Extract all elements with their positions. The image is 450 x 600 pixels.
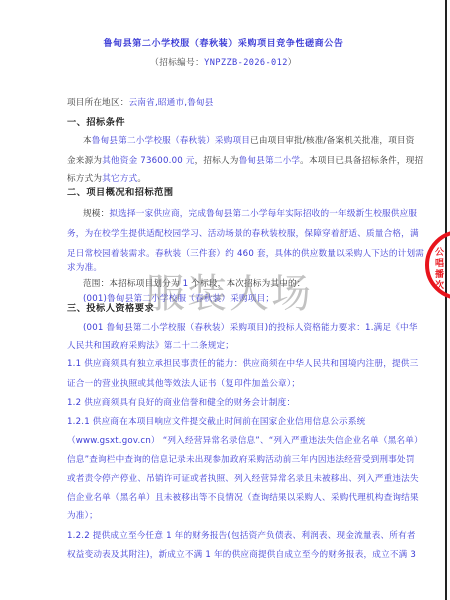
paragraph-line: 规模：拟选择一家供应商，完成鲁甸县第二小学每年实际招收的一年级新生校服供应服 — [83, 208, 417, 220]
highlighted-text: 务，为在校学生提供适配校园学习、活动场景的春秋装校服，保障穿着舒适、质量合格，满 — [67, 229, 419, 239]
paragraph-line: 为准）； — [67, 510, 98, 522]
paragraph-line: 信企业名单（黑名单）且未被移出等不良情况（查询结果以采购人、采购代理机构查询结果 — [67, 492, 419, 504]
paragraph-line: 本鲁甸县第二小学校服（春秋装）采购项目已由项目审批/核准/备案机关批准，项目资 — [83, 135, 415, 147]
highlighted-text: 1.1 供应商须具有独立承担民事责任的能力：供应商须在中华人民共和国境内注册，提… — [67, 359, 418, 369]
official-seal-stamp: 公唱播次 — [425, 230, 450, 300]
paragraph-line: 或者责令停产停业、吊销许可证或者执照、列入经营异常名录且未被移出、列入严重违法失 — [67, 473, 419, 485]
highlighted-text: 人民共和国政府采购法》第二十二条规定； — [67, 341, 234, 351]
paragraph-line: 求为准。 — [67, 262, 102, 274]
watermark: 服装人场 — [145, 272, 313, 316]
project-location: 项目所在地区：云南省,昭通市,鲁甸县 — [67, 97, 214, 109]
location-label: 项目所在地区： — [67, 98, 129, 108]
location-value: 云南省,昭通市,鲁甸县 — [129, 98, 214, 108]
highlighted-text: 其它方式 — [102, 174, 137, 184]
paragraph-line: 人民共和国政府采购法》第二十二条规定； — [67, 340, 234, 352]
paragraph-line: 1.1 供应商须具有独立承担民事责任的能力：供应商须在中华人民共和国境内注册，提… — [67, 358, 418, 370]
paragraph-line: （www.gsxt.gov.cn） “列入经营异常名录信息”、“列入严重违法失信… — [67, 435, 423, 447]
highlighted-text: 证合一的营业执照或其他等效法人证书（复印件加盖公章）； — [67, 379, 300, 389]
body-text: 本 — [83, 136, 92, 146]
highlighted-text: 鲁甸县第二小学校服（春秋装）采购项目 — [92, 136, 250, 146]
highlighted-text: 或者责令停产停业、吊销许可证或者执照、列入经营异常名录且未被移出、列入严重违法失 — [67, 474, 419, 484]
highlighted-text: 1.2.2 提供成立至今任意 1 年的财务报告(包括资产负债表、利润表、现金流量… — [67, 531, 416, 541]
tender-code: YNPZZB-2026-012 — [204, 58, 288, 68]
body-text: 。 — [137, 174, 146, 184]
paragraph-line: 1.2 供应商须具有良好的商业信誉和健全的财务会计制度： — [67, 397, 295, 409]
highlighted-text: 为准）； — [67, 511, 98, 521]
paragraph-line: 权益变动表及其附注)，新成立不满 1 年的供应商提供自成立至今的财务报表，成立不… — [67, 549, 416, 561]
highlighted-text: 权益变动表及其附注)，新成立不满 1 年的供应商提供自成立至今的财务报表，成立不… — [67, 550, 416, 560]
highlighted-text: 足日常校园着装需求。春秋装（三件套）约 460 套，具体的供应数量以采购人下达的… — [67, 249, 424, 259]
section-heading-2: 二、项目概况和招标范围 — [67, 187, 174, 199]
body-text: 标方式为 — [67, 174, 102, 184]
highlighted-text: （www.gsxt.gov.cn） “列入经营异常名录信息”、“列入严重违法失信… — [67, 436, 423, 446]
body-text: 规模： — [83, 209, 109, 219]
section-heading-1: 一、招标条件 — [67, 117, 125, 129]
highlighted-text: 信息”查询栏中查询的信息记录未出现参加政府采购活动前三年内因违法经营受到刑事处罚 — [67, 455, 415, 465]
paragraph-line: 1.2.1 供应商在本项目响应文件提交截止时间前在国家企业信用信息公示系统 — [67, 416, 365, 428]
body-text: 。本项目已具备招标条件，现招 — [300, 156, 423, 166]
highlighted-text: 其他资金 73600.00 元 — [102, 156, 194, 166]
paragraph-line: 1.2.2 提供成立至今任意 1 年的财务报告(包括资产负债表、利润表、现金流量… — [67, 530, 416, 542]
body-text: 金来源为 — [67, 156, 102, 166]
document-title: 鲁甸县第二小学校服（春秋装）采购项目竞争性磋商公告 — [0, 38, 447, 50]
paragraph-line: (001 鲁甸县第二小学校服（春秋装）采购项目)的投标人资格能力要求：1.满足《… — [83, 322, 418, 334]
paragraph-line: 信息”查询栏中查询的信息记录未出现参加政府采购活动前三年内因违法经营受到刑事处罚 — [67, 454, 415, 466]
stamp-text: 公唱播次 — [435, 248, 449, 292]
highlighted-text: 求为准。 — [67, 263, 102, 273]
body-text: ，招标人为 — [195, 156, 239, 166]
subtitle-prefix: （招标编号： — [150, 58, 204, 68]
paragraph-line: 证合一的营业执照或其他等效法人证书（复印件加盖公章）； — [67, 378, 300, 390]
section-heading-3: 三、投标人资格要求 — [67, 303, 154, 315]
body-text: 已由项目审批/核准/备案机关批准，项目资 — [250, 136, 414, 146]
document-subtitle: （招标编号：YNPZZB-2026-012） — [0, 57, 447, 69]
document-page: 鲁甸县第二小学校服（春秋装）采购项目竞争性磋商公告 （招标编号：YNPZZB-2… — [0, 0, 447, 600]
paragraph-line: 务，为在校学生提供适配校园学习、活动场景的春秋装校服，保障穿着舒适、质量合格，满 — [67, 228, 419, 240]
highlighted-text: 1.2.1 供应商在本项目响应文件提交截止时间前在国家企业信用信息公示系统 — [67, 417, 365, 427]
paragraph-line: 金来源为其他资金 73600.00 元，招标人为鲁甸县第二小学。本项目已具备招标… — [67, 155, 423, 167]
paragraph-line: 足日常校园着装需求。春秋装（三件套）约 460 套，具体的供应数量以采购人下达的… — [67, 248, 424, 260]
highlighted-text: 1.2 供应商须具有良好的商业信誉和健全的财务会计制度： — [67, 398, 295, 408]
subtitle-suffix: ） — [288, 58, 297, 68]
highlighted-text: 鲁甸县第二小学 — [239, 156, 301, 166]
paragraph-line: 标方式为其它方式。 — [67, 173, 146, 185]
highlighted-text: 拟选择一家供应商，完成鲁甸县第二小学每年实际招收的一年级新生校服供应服 — [109, 209, 417, 219]
highlighted-text: (001 鲁甸县第二小学校服（春秋装）采购项目)的投标人资格能力要求：1.满足《… — [83, 323, 418, 333]
highlighted-text: 信企业名单（黑名单）且未被移出等不良情况（查询结果以采购人、采购代理机构查询结果 — [67, 493, 419, 503]
